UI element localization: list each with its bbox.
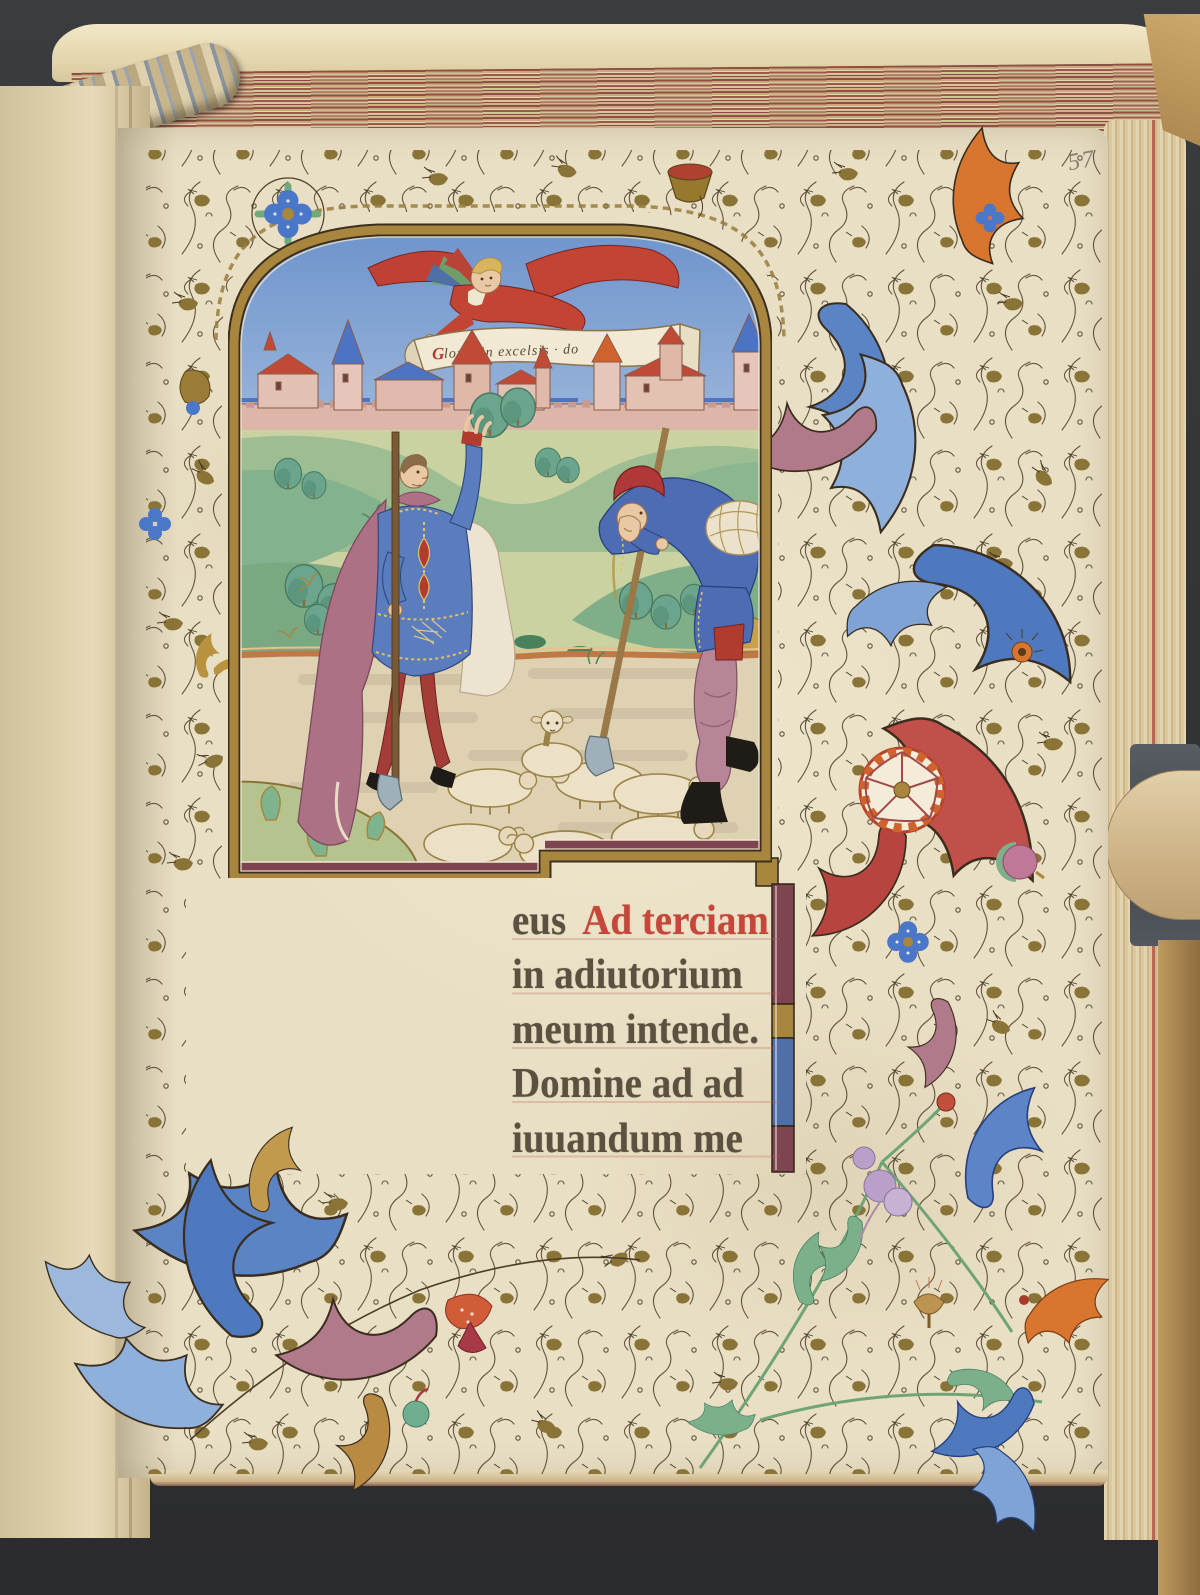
word-eus: eus	[512, 897, 566, 943]
rubric-ad-terciam: Ad terciam	[582, 897, 769, 943]
text-line-1: eusAd terciam	[512, 892, 780, 951]
manuscript-photo: 57	[0, 0, 1200, 1595]
text-line-3: meum intende.	[512, 1001, 780, 1060]
miniature-annunciation-to-shepherds: G loria in excelsis · do	[228, 222, 772, 878]
illuminated-initial-D	[186, 882, 516, 1172]
text-line-5: iuuandum me	[512, 1110, 780, 1169]
page-bottom-edge	[150, 1470, 1108, 1486]
shepherd-left-staff	[392, 432, 399, 784]
text-line-4: Domine ad ad	[512, 1055, 780, 1114]
book-cover-edge-right	[1158, 940, 1200, 1595]
folio-number: 57	[1066, 146, 1098, 177]
psalm-text-block: eusAd terciam in adiutorium meum intende…	[512, 892, 780, 1168]
text-line-2: in adiutorium	[512, 946, 780, 1005]
